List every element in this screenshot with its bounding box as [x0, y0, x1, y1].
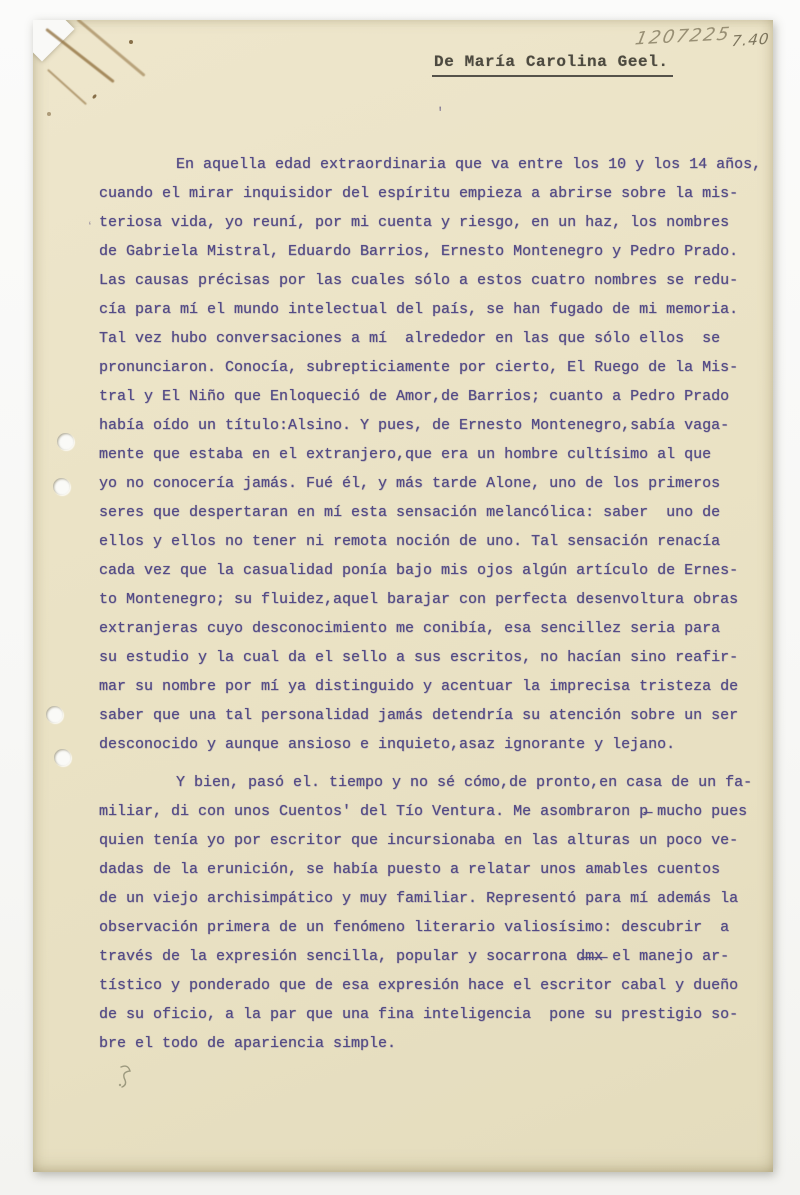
typescript-line: yo no conocería jamás. Fué él, y más tar… [99, 469, 781, 498]
typescript-line: cada vez que la casualidad ponía bajo mi… [99, 556, 781, 585]
typescript-line: tral y El Niño que Enloqueció de Amor,de… [99, 382, 781, 411]
stray-ink-mark: ʹ [436, 106, 444, 122]
typescript-line: través de la expresión sencilla, popular… [99, 942, 781, 971]
typescript-line: de un viejo archisimpático y muy familia… [99, 884, 781, 913]
typescript-line: Y bien, pasó el. tiempo y no sé cómo,de … [99, 768, 781, 797]
tear-stain-dot [47, 112, 51, 116]
typescript-line: bre el todo de apariencia simple. [99, 1029, 781, 1058]
paper-sheet: 1207225 7.40 De María Carolina Geel. ʹ ʻ… [33, 20, 773, 1172]
typescript-line: teriosa vida, yo reuní, por mi cuenta y … [99, 208, 781, 237]
typescript-line: tístico y ponderado que de esa expresión… [99, 971, 781, 1000]
typescript-line: Las causas précisas por las cuales sólo … [99, 266, 781, 295]
typescript-line: mente que estaba en el extranjero,que er… [99, 440, 781, 469]
scanned-typescript-page: { "title": { "text": "De María Carolina … [0, 0, 800, 1195]
typescript-line: desconocido y aunque ansioso e inquieto,… [99, 730, 781, 759]
typescript-line: seres que despertaran en mí esta sensaci… [99, 498, 781, 527]
typescript-line: cuando el mirar inquisidor del espíritu … [99, 179, 781, 208]
typescript-line: cía para mí el mundo intelectual del paí… [99, 295, 781, 324]
typescript-paragraph: Y bien, pasó el. tiempo y no sé cómo,de … [99, 768, 781, 1058]
typescript-line: Tal vez hubo conversaciones a mí alreded… [99, 324, 781, 353]
corner-cut [33, 20, 75, 62]
torn-corner [33, 20, 173, 130]
typescript-line: ellos y ellos no tener ni remota noción … [99, 527, 781, 556]
typescript-line: mar su nombre por mí ya distinguido y ac… [99, 672, 781, 701]
typescript-line: de su oficio, a la par que una fina inte… [99, 1000, 781, 1029]
punch-hole [46, 706, 63, 723]
typescript-line: su estudio y la cual da el sello a sus e… [99, 643, 781, 672]
handwritten-catalog-number: 1207225 [633, 24, 732, 50]
typescript-line: En aquella edad extraordinaria que va en… [99, 150, 781, 179]
punch-hole [57, 433, 74, 450]
typescript-line: pronunciaron. Conocía, subrepticiamente … [99, 353, 781, 382]
tear-stain-dot [129, 40, 133, 44]
typescript-line: dadas de la erunición, se había puesto a… [99, 855, 781, 884]
typescript-line: extranjeras cuyo desconocimiento me coni… [99, 614, 781, 643]
tear-stain-dot [92, 94, 98, 100]
punch-hole [54, 749, 71, 766]
typescript-line: de Gabriela Mistral, Eduardo Barrios, Er… [99, 237, 781, 266]
typescript-line: saber que una tal personalidad jamás det… [99, 701, 781, 730]
tear-stain-streak [76, 20, 145, 77]
page-title: De María Carolina Geel. [432, 53, 673, 77]
typescript-body: En aquella edad extraordinaria que va en… [99, 150, 781, 1058]
handwritten-price-mark: 7.40 [731, 30, 771, 51]
margin-ink-speck: ʻ [86, 220, 94, 235]
typescript-paragraph: En aquella edad extraordinaria que va en… [99, 150, 781, 759]
typescript-line: quien tenía yo por escritor que incursio… [99, 826, 781, 855]
pencil-squiggle-mark [115, 1064, 137, 1090]
typescript-line: había oído un título:Alsino. Y pues, de … [99, 411, 781, 440]
typescript-line: observación primera de un fenómeno liter… [99, 913, 781, 942]
typescript-line: miliar, di con unos Cuentos' del Tío Ven… [99, 797, 781, 826]
tear-stain-streak [47, 69, 87, 105]
punch-hole [53, 478, 70, 495]
typescript-line: to Montenegro; su fluidez,aquel barajar … [99, 585, 781, 614]
